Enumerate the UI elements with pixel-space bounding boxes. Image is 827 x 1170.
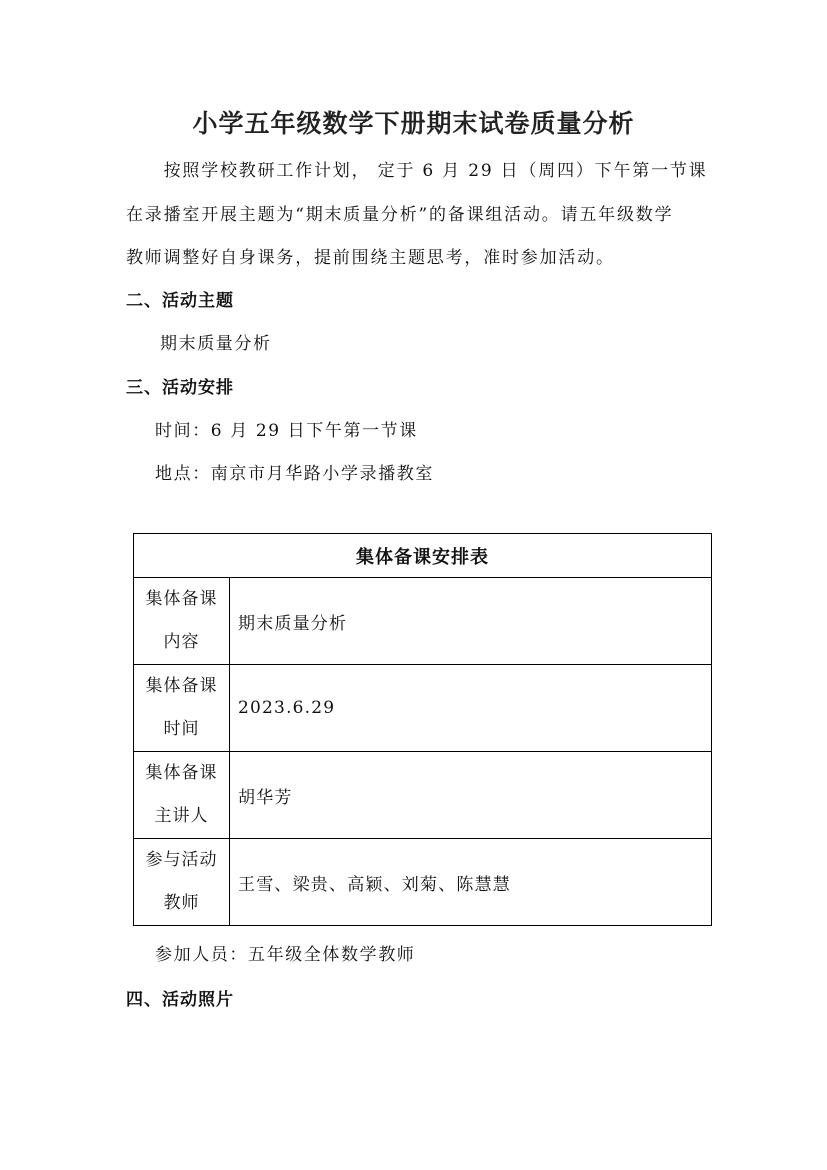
table-caption-row: 集体备课安排表 bbox=[134, 534, 712, 578]
row-value: 胡华芳 bbox=[230, 752, 712, 839]
intro-line-3: 教师调整好自身课务，提前围绕主题思考，准时参加活动。 bbox=[126, 243, 615, 268]
table-row: 集体备课 内容 期末质量分析 bbox=[134, 578, 712, 665]
row-label-line: 时间 bbox=[134, 708, 229, 751]
row-label-line: 集体备课 bbox=[134, 578, 229, 621]
intro-line-1: 按照学校教研工作计划， 定于 6 月 29 日（周四）下午第一节课 bbox=[126, 156, 707, 181]
arrangement-time: 时间：6 月 29 日下午第一节课 bbox=[155, 416, 418, 441]
row-label: 参与活动 教师 bbox=[134, 839, 230, 926]
lesson-plan-table: 集体备课安排表 集体备课 内容 期末质量分析 集体备课 时间 2023.6.29… bbox=[133, 533, 712, 926]
row-label-line: 教师 bbox=[134, 882, 229, 925]
row-value: 期末质量分析 bbox=[230, 578, 712, 665]
row-value: 2023.6.29 bbox=[230, 665, 712, 752]
table-caption: 集体备课安排表 bbox=[134, 534, 712, 578]
row-label-line: 集体备课 bbox=[134, 752, 229, 795]
section-heading-arrangement: 三、活动安排 bbox=[126, 373, 234, 398]
participants-note: 参加人员：五年级全体数学教师 bbox=[155, 940, 415, 965]
document-title: 小学五年级数学下册期末试卷质量分析 bbox=[0, 104, 827, 140]
table-row: 参与活动 教师 王雪、梁贵、高颖、刘菊、陈慧慧 bbox=[134, 839, 712, 926]
row-label-line: 参与活动 bbox=[134, 839, 229, 882]
table-row: 集体备课 主讲人 胡华芳 bbox=[134, 752, 712, 839]
row-label-line: 集体备课 bbox=[134, 665, 229, 708]
section-heading-theme: 二、活动主题 bbox=[126, 286, 234, 311]
row-label: 集体备课 内容 bbox=[134, 578, 230, 665]
intro-line-2: 在录播室开展主题为“期末质量分析”的备课组活动。请五年级数学 bbox=[126, 200, 673, 225]
row-label: 集体备课 时间 bbox=[134, 665, 230, 752]
row-value: 王雪、梁贵、高颖、刘菊、陈慧慧 bbox=[230, 839, 712, 926]
table-row: 集体备课 时间 2023.6.29 bbox=[134, 665, 712, 752]
arrangement-location: 地点：南京市月华路小学录播教室 bbox=[155, 459, 434, 484]
theme-content: 期末质量分析 bbox=[160, 329, 272, 354]
row-label: 集体备课 主讲人 bbox=[134, 752, 230, 839]
row-label-line: 内容 bbox=[134, 621, 229, 664]
section-heading-photos: 四、活动照片 bbox=[126, 985, 234, 1010]
row-label-line: 主讲人 bbox=[134, 795, 229, 838]
